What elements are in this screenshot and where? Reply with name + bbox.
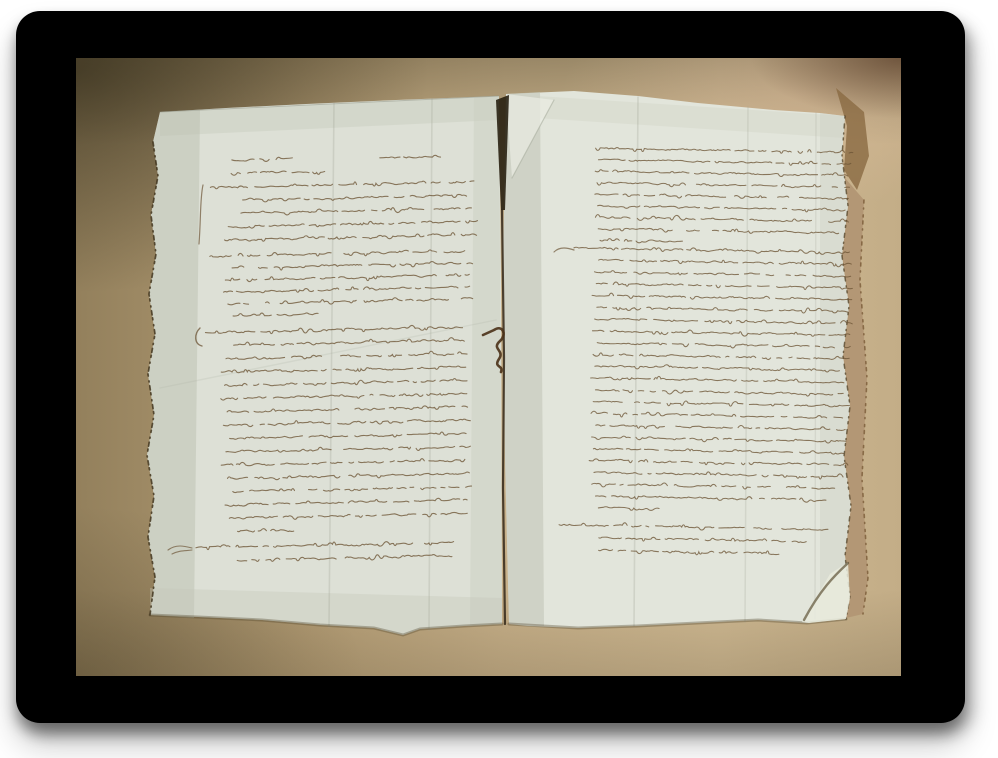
manuscript-render [76,58,901,676]
manuscript-photo [76,58,901,676]
page-background [0,0,998,758]
photo-frame [16,11,965,723]
